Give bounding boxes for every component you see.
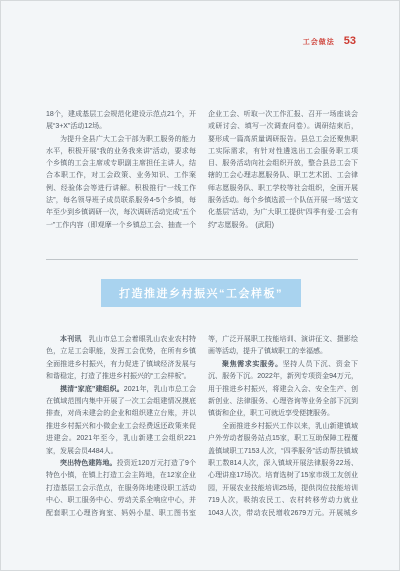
section-divider — [46, 259, 358, 260]
paragraph-text: 坚持人员下沉、资金下沉、服务下沉。2022年，新列专项资金94万元，用于推进乡村… — [208, 361, 358, 418]
top-article: 18个，建成基层工会规范化建设示范点21个，开展“3+X”活动12场。 为提升全… — [46, 109, 358, 236]
paragraph-text: 18个，建成基层工会规范化建设示范点21个，开展“3+X”活动12场。 — [46, 111, 196, 130]
paragraph: 本刊讯 乳山市总工会着眼乳山农业农村特色，立足工会职能，发挥工会优势，在所有乡镇… — [46, 334, 196, 384]
section-label: 工会做法 — [303, 37, 335, 47]
article-title-banner: 打造推进乡村振兴“工会样板” — [101, 279, 301, 307]
paragraph-lead: 摸清“家底”建组织。 — [60, 386, 124, 393]
paragraph-lead: 突出特色建阵地。 — [60, 460, 117, 467]
page-header: 工会做法 53 — [303, 35, 356, 47]
paragraph: 聚焦需求实服务。坚持人员下沉、资金下沉、服务下沉。2022年，新列专项资金94万… — [208, 359, 358, 421]
paragraph: 18个，建成基层工会规范化建设示范点21个，开展“3+X”活动12场。 — [46, 109, 196, 134]
magazine-page: 工会做法 53 18个，建成基层工会规范化建设示范点21个，开展“3+X”活动1… — [0, 0, 400, 571]
paragraph-lead: 本刊讯 — [60, 336, 89, 343]
paragraph: 摸清“家底”建组织。2021年，乳山市总工会在镇域范围内集中开展了一次工会组建情… — [46, 384, 196, 458]
page-number: 53 — [344, 35, 356, 47]
author-signature: (武阳) — [255, 222, 274, 229]
bottom-article: 本刊讯 乳山市总工会着眼乳山农业农村特色，立足工会职能，发挥工会优势，在所有乡镇… — [46, 334, 358, 530]
paragraph-lead: 聚焦需求实服务。 — [222, 361, 283, 368]
article-title: 打造推进乡村振兴“工会样板” — [119, 285, 283, 301]
paragraph-text: 2021年，乳山市总工会在镇域范围内集中开展了一次工会组建情况摸底排查，对尚未建… — [46, 386, 196, 455]
